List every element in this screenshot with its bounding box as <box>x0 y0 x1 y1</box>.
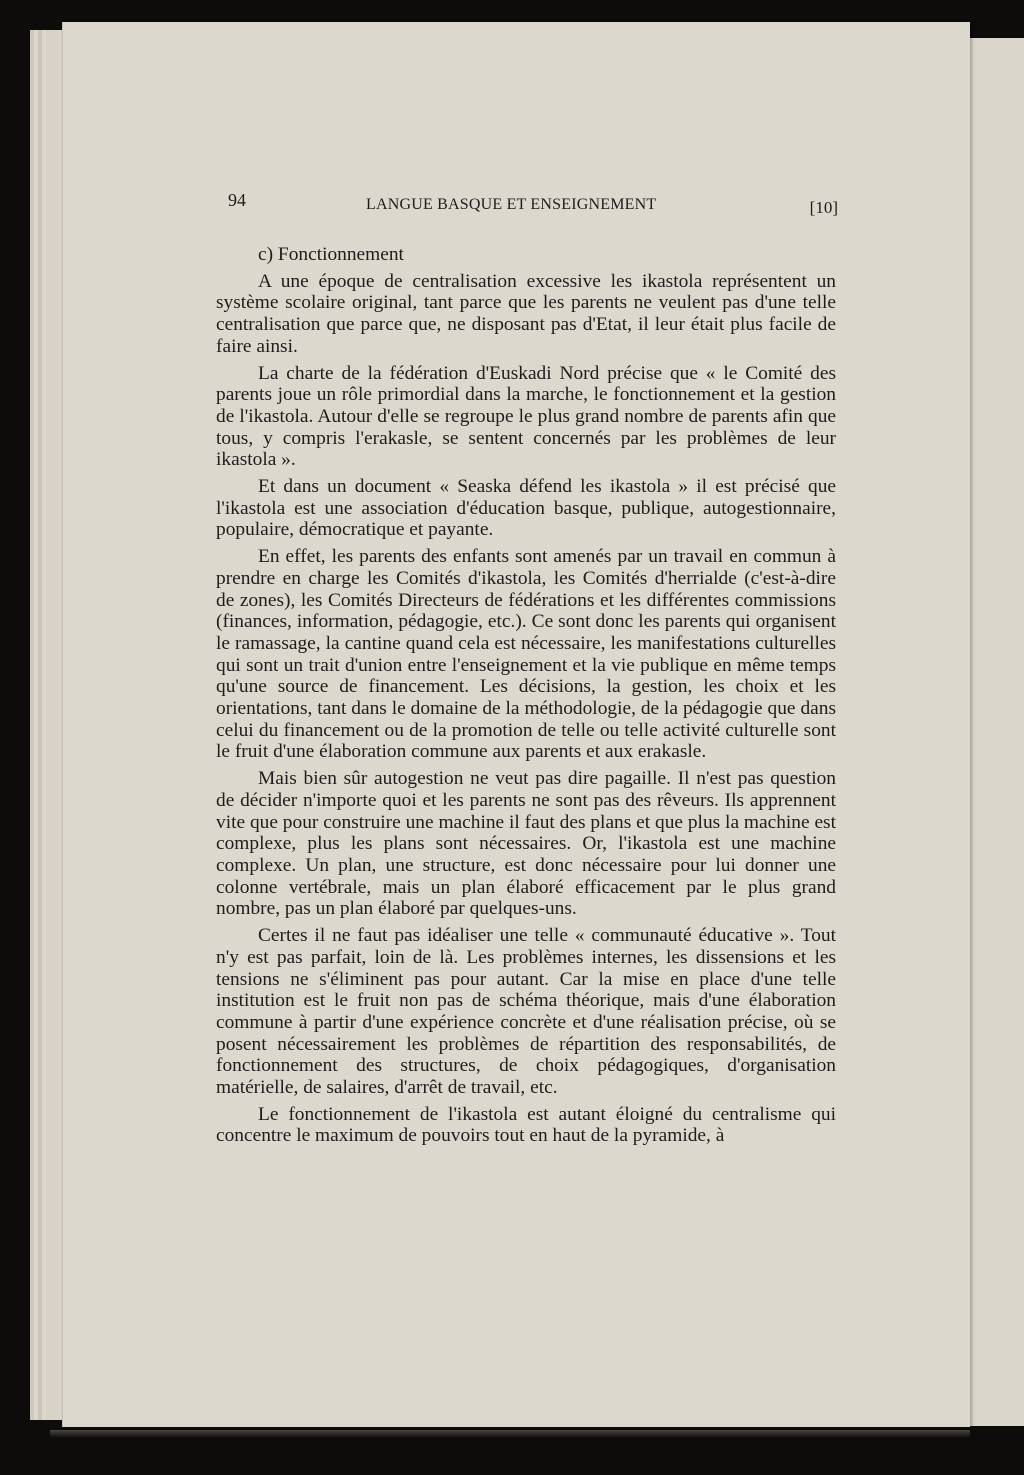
paragraph: En effet, les parents des enfants sont a… <box>216 546 836 763</box>
paragraph: Certes il ne faut pas idéaliser une tell… <box>216 925 836 1099</box>
book-shadow <box>50 1430 970 1438</box>
facing-page-edge <box>968 38 1024 1426</box>
paragraph: La charte de la fédération d'Euskadi Nor… <box>216 363 836 472</box>
page-number: 94 <box>228 190 246 211</box>
page-body: c) Fonctionnement A une époque de centra… <box>216 244 836 1147</box>
paragraph: Le fonctionnement de l'ikastola est auta… <box>216 1104 836 1147</box>
running-title: LANGUE BASQUE ET ENSEIGNEMENT <box>366 196 656 214</box>
paragraph: A une époque de centralisation excessive… <box>216 271 836 358</box>
paragraph: Mais bien sûr autogestion ne veut pas di… <box>216 768 836 920</box>
page-header: 94 LANGUE BASQUE ET ENSEIGNEMENT [10] <box>228 190 838 220</box>
section-number: [10] <box>810 198 838 218</box>
section-heading: c) Fonctionnement <box>258 244 836 266</box>
paragraph: Et dans un document « Seaska défend les … <box>216 476 836 541</box>
